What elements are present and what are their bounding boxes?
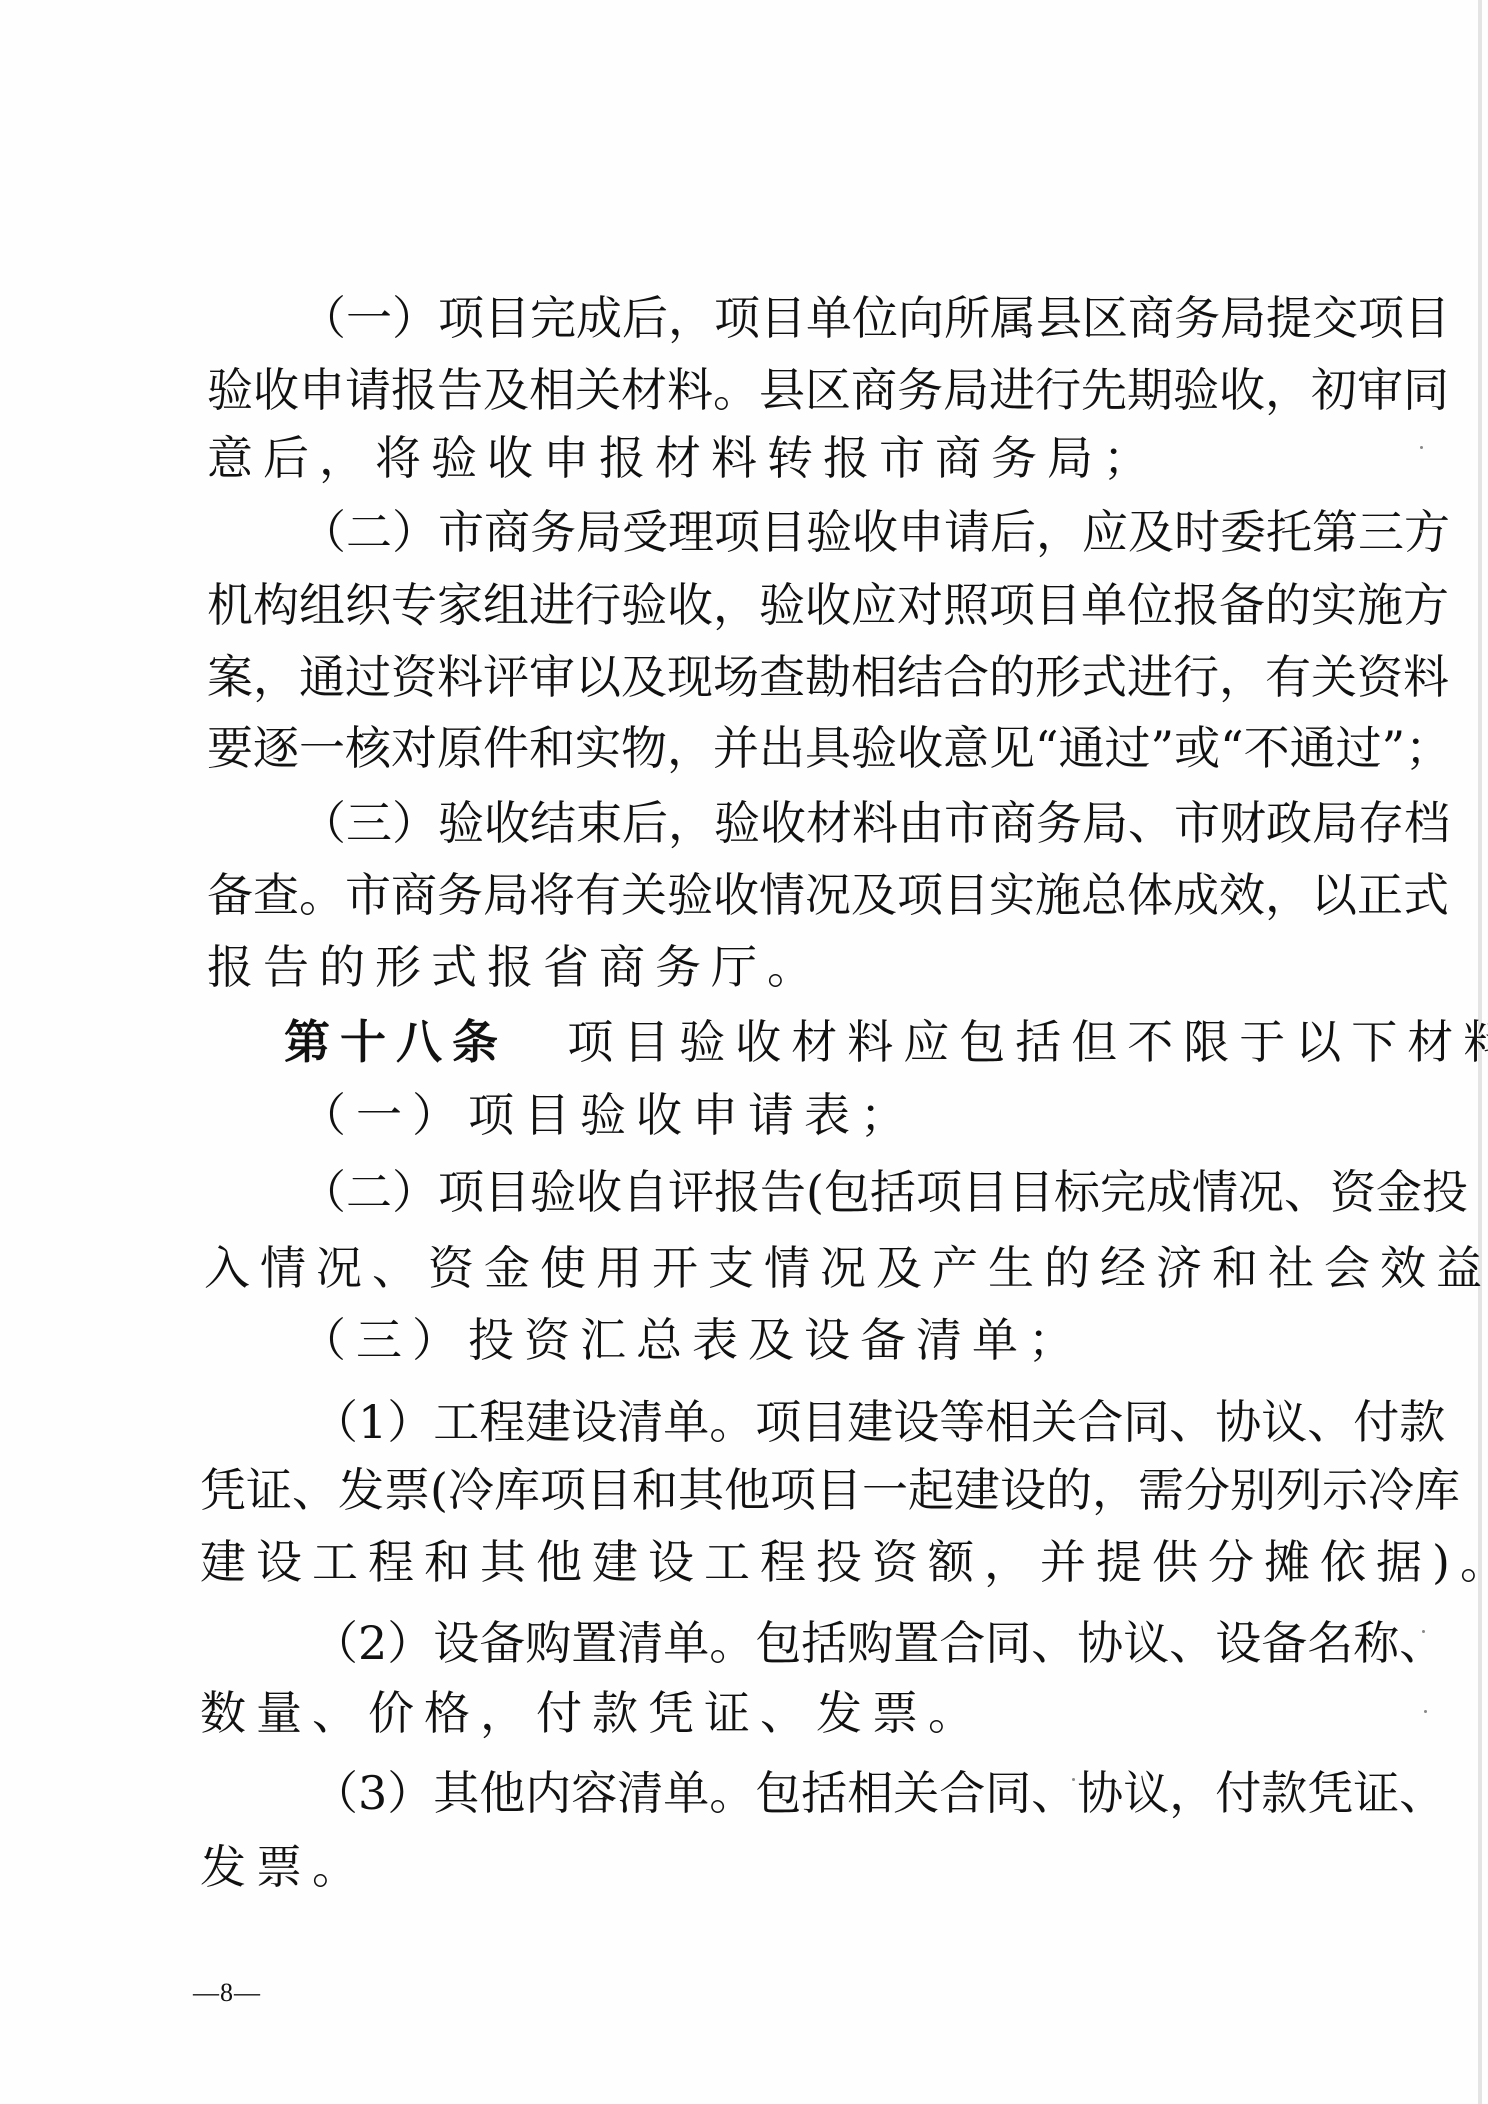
article-line: 第十八条 项目验收材料应包括但不限于以下材料： bbox=[284, 1012, 1488, 1072]
article-text: 项目验收材料应包括但不限于以下材料： bbox=[567, 1015, 1488, 1069]
scan-speck bbox=[1424, 1710, 1427, 1713]
paragraph-line: （三）验收结束后，验收材料由市商务局、市财政局存档 bbox=[300, 793, 1288, 853]
sub-item-line: 发票。 bbox=[200, 1837, 368, 1897]
sub-item-line: 数量、价格，付款凭证、发票。 bbox=[200, 1683, 984, 1743]
sub-item-line: （3）其他内容清单。包括相关合同、协议，付款凭证、 bbox=[312, 1763, 1288, 1823]
list-item-line: 入情况、资金使用开支情况及产生的经济和社会效益等)； bbox=[204, 1238, 1488, 1298]
paragraph-line: 备查。市商务局将有关验收情况及项目实施总体成效，以正式 bbox=[207, 865, 1288, 925]
list-item-line: （二）项目验收自评报告(包括项目目标完成情况、资金投 bbox=[300, 1162, 1288, 1222]
paragraph-line: （二）市商务局受理项目验收申请后，应及时委托第三方 bbox=[300, 502, 1288, 562]
scan-speck bbox=[1072, 1778, 1075, 1781]
list-item-line: （一）项目验收申请表； bbox=[300, 1085, 916, 1145]
sub-item-line: （1）工程建设清单。项目建设等相关合同、协议、付款 bbox=[312, 1392, 1288, 1452]
paragraph-line: 要逐一核对原件和实物，并出具验收意见“通过”或“不通过”； bbox=[207, 718, 1288, 778]
scan-speck bbox=[1420, 530, 1423, 533]
article-heading: 第十八条 bbox=[284, 1015, 508, 1069]
paragraph-line: 案，通过资料评审以及现场查勘相结合的形式进行，有关资料 bbox=[207, 647, 1288, 707]
sub-item-line: 建设工程和其他建设工程投资额，并提供分摊依据)。 bbox=[200, 1532, 1488, 1592]
paragraph-line: （一）项目完成后，项目单位向所属县区商务局提交项目 bbox=[300, 288, 1288, 348]
scan-speck bbox=[1420, 446, 1423, 449]
paragraph-line: 意后，将验收申报材料转报市商务局； bbox=[207, 428, 1159, 488]
paragraph-line: 报告的形式报省商务厅。 bbox=[207, 937, 823, 997]
paragraph-line: 机构组织专家组进行验收，验收应对照项目单位报备的实施方 bbox=[207, 575, 1288, 635]
scan-speck bbox=[1422, 1630, 1425, 1633]
paragraph-line: 验收申请报告及相关材料。县区商务局进行先期验收，初审同 bbox=[207, 360, 1288, 420]
list-item-line: （三）投资汇总表及设备清单； bbox=[300, 1310, 1084, 1370]
sub-item-line: （2）设备购置清单。包括购置合同、协议、设备名称、 bbox=[312, 1613, 1288, 1673]
page-number: —8— bbox=[193, 1978, 261, 2008]
document-page: （一）项目完成后，项目单位向所属县区商务局提交项目 验收申请报告及相关材料。县区… bbox=[0, 0, 1488, 2104]
sub-item-line: 凭证、发票(冷库项目和其他项目一起建设的，需分别列示冷库 bbox=[200, 1460, 1288, 1520]
